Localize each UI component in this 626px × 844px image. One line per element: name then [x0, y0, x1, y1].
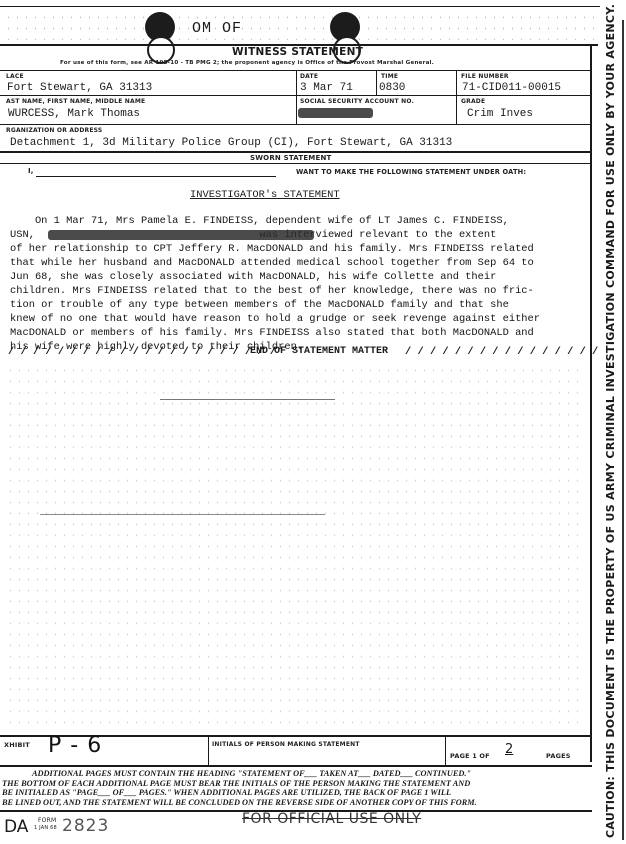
right-edge-border — [622, 20, 624, 840]
faint-line — [40, 514, 325, 515]
address-redaction — [48, 230, 314, 240]
statement-line: children. Mrs FINDEISS related that to t… — [10, 284, 540, 298]
exhibit-label: XHIBIT — [4, 741, 30, 749]
faint-line — [160, 399, 335, 400]
end-slashes-left: / / / / / / / / / / / / / / / / / / / / … — [8, 346, 276, 358]
page-prefix: PAGE 1 OF — [450, 752, 490, 760]
fouo-stamp: FOR OFFICIAL USE ONLY — [242, 811, 421, 827]
date-value: 3 Mar 71 — [300, 82, 353, 94]
ssn-label: SOCIAL SECURITY ACCOUNT NO. — [300, 98, 414, 105]
time-value: 0830 — [379, 82, 405, 94]
sworn-title: SWORN STATEMENT — [250, 154, 331, 162]
form-date: 1 JAN 68 — [34, 825, 57, 831]
file-number-value: 71-CID011-00015 — [462, 82, 561, 94]
statement-line: knew of no one that would have reason to… — [10, 312, 540, 326]
end-slashes-right: / / / / / / / / / / / / / / / / — [405, 346, 598, 358]
file-number-label: FILE NUMBER — [461, 73, 509, 80]
scan-noise — [6, 365, 581, 725]
end-of-statement: END OF STATEMENT MATTER — [250, 346, 388, 357]
top-rule — [0, 6, 600, 7]
divider — [376, 70, 377, 95]
organization-label: RGANIZATION OR ADDRESS — [6, 127, 102, 134]
oath-text: WANT TO MAKE THE FOLLOWING STATEMENT UND… — [296, 168, 526, 176]
name-value: WURCESS, Mark Thomas — [8, 108, 140, 120]
ssn-redaction — [298, 108, 373, 118]
divider — [445, 735, 446, 765]
statement-line: that while her husband and MacDONALD att… — [10, 256, 540, 270]
sworn-top — [0, 151, 592, 153]
bottom-block-mid — [0, 765, 592, 767]
exhibit-value: P - 6 — [48, 733, 102, 758]
form-number: 2823 — [62, 816, 109, 836]
form-label: FORM — [38, 817, 56, 824]
oath-prefix: I, — [28, 167, 34, 175]
form-id-prefix: DA — [4, 817, 28, 837]
statement-line: On 1 Mar 71, Mrs Pamela E. FINDEISS, dep… — [10, 214, 540, 228]
time-label: TIME — [381, 73, 398, 80]
form-subtitle: For use of this form, see AR 195-10 - TB… — [60, 60, 434, 66]
header-stamp-text: OM OF — [192, 20, 242, 37]
page-total: 2 — [505, 742, 513, 757]
grade-label: GRADE — [461, 98, 485, 105]
instruction-line: THE BOTTOM OF EACH ADDITIONAL PAGE MUST … — [2, 779, 477, 789]
statement-line: MacDONALD or members of his family. Mrs … — [10, 326, 540, 340]
initials-label: INITIALS OF PERSON MAKING STATEMENT — [212, 741, 360, 748]
oath-name-line — [36, 176, 276, 177]
organization-value: Detachment 1, 3d Military Police Group (… — [10, 137, 452, 149]
document-page: OM OF WITNESS STATEMENT For use of this … — [0, 0, 626, 844]
divider — [208, 735, 209, 765]
side-caution: CAUTION: THIS DOCUMENT IS THE PROPERTY O… — [604, 4, 617, 838]
place-label: LACE — [6, 73, 24, 80]
page-suffix: PAGES — [546, 752, 571, 760]
row3-top — [0, 124, 592, 125]
divider — [296, 70, 297, 124]
sworn-bottom — [0, 163, 592, 164]
grade-value: Crim Inves — [467, 108, 533, 120]
instruction-line: BE INITIALED AS "PAGE___ OF___ PAGES." W… — [2, 788, 477, 798]
date-label: DATE — [300, 73, 318, 80]
statement-line: Jun 68, she was closely associated with … — [10, 270, 540, 284]
statement-line: of her relationship to CPT Jeffery R. Ma… — [10, 242, 540, 256]
instruction-line: ADDITIONAL PAGES MUST CONTAIN THE HEADIN… — [2, 769, 477, 779]
divider — [456, 70, 457, 124]
row2-top — [0, 95, 592, 96]
statement-heading: INVESTIGATOR's STATEMENT — [190, 189, 340, 201]
scan-noise — [4, 12, 594, 40]
form-title: WITNESS STATEMENT — [232, 46, 363, 58]
place-value: Fort Stewart, GA 31313 — [7, 82, 152, 94]
instructions: ADDITIONAL PAGES MUST CONTAIN THE HEADIN… — [2, 769, 477, 807]
instruction-line: BE LINED OUT, AND THE STATEMENT WILL BE … — [2, 798, 477, 808]
name-label: AST NAME, FIRST NAME, MIDDLE NAME — [6, 98, 145, 105]
statement-line: tion or trouble of any type between memb… — [10, 298, 540, 312]
